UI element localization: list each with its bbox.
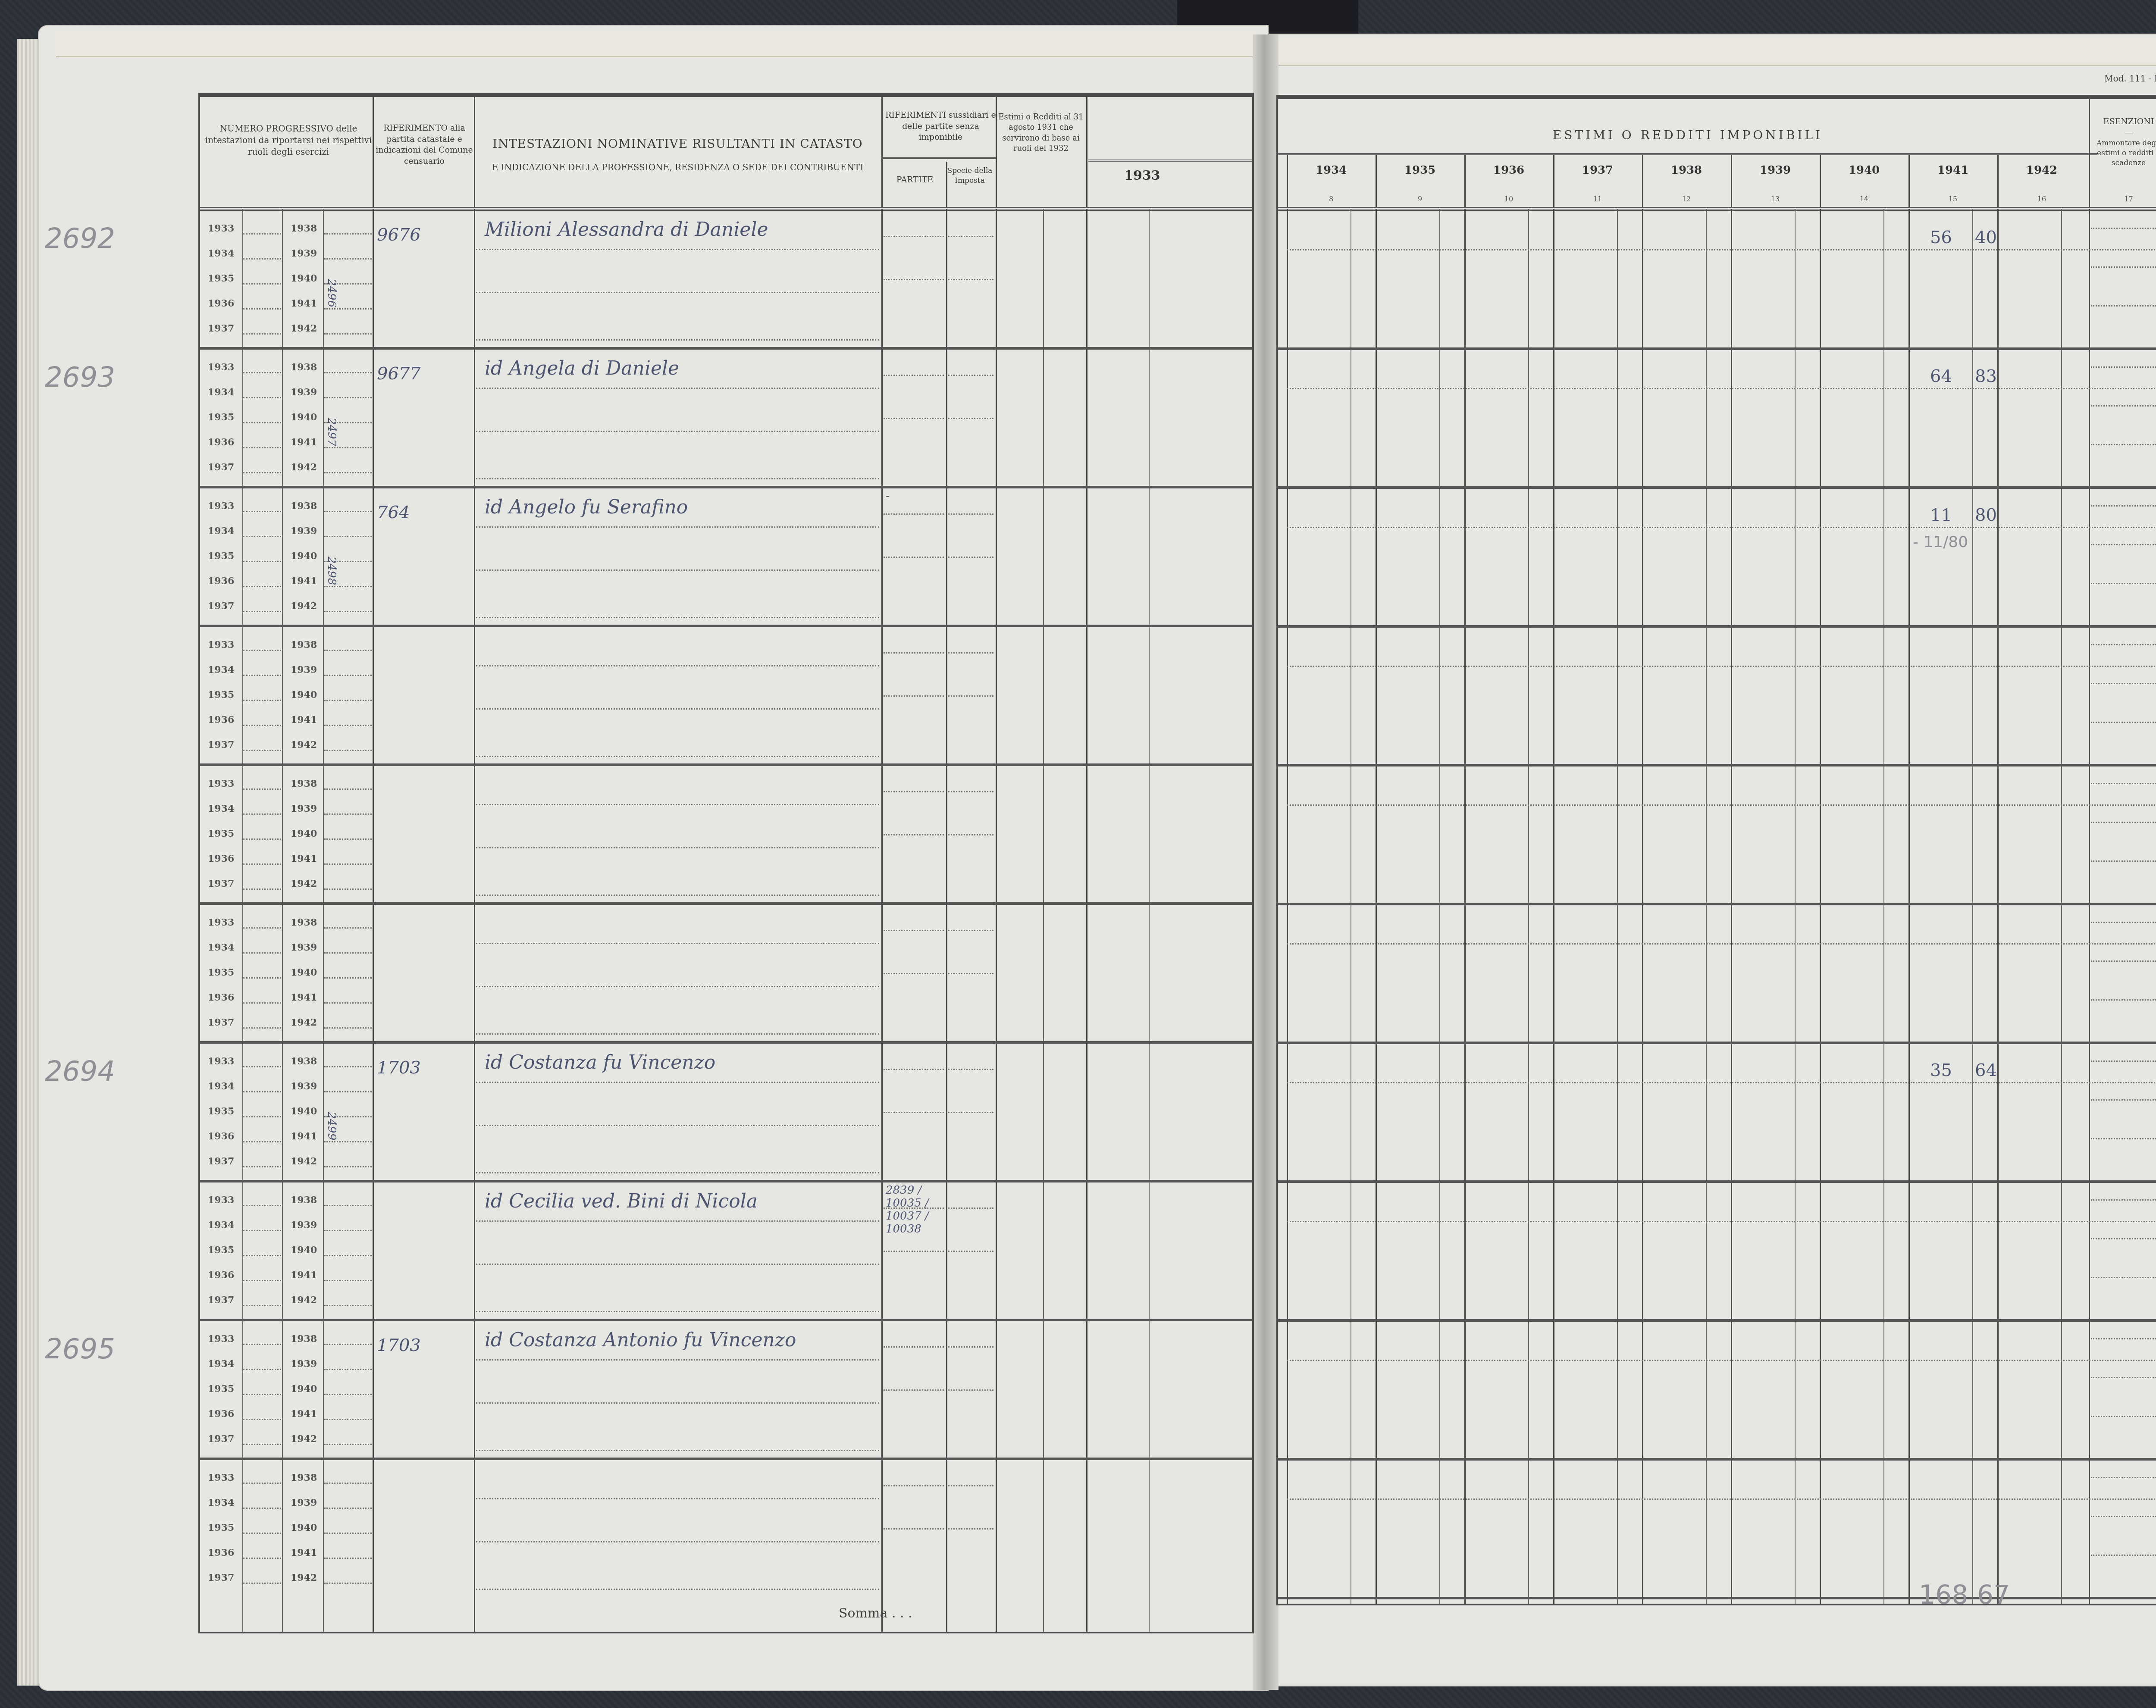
somma-separator [1278, 1597, 2156, 1599]
dotted-rule [948, 973, 993, 974]
dotted-rule [243, 838, 281, 840]
year-label: 1933 [208, 1195, 234, 1206]
year-label: 1940 [291, 551, 317, 562]
dotted-rule [2091, 1516, 2156, 1517]
grid-line [1528, 209, 1529, 1604]
dotted-rule [243, 283, 281, 285]
taxpayer-name: Milioni Alessandra di Daniele [485, 219, 873, 241]
dotted-rule [2091, 228, 2156, 229]
dotted-rule [884, 279, 944, 280]
right-table-header: ESTIMI O REDDITI IMPONIBILI ESENZIONI — … [1278, 99, 2156, 211]
dotted-rule [2091, 960, 2156, 962]
year-label: 1937 [208, 1572, 234, 1583]
year-label: 1937 [208, 739, 234, 751]
header-divider [2089, 99, 2090, 207]
col-number: 14 [1820, 195, 1908, 203]
grid-line [1043, 209, 1044, 1632]
dotted-rule [243, 725, 281, 726]
entry-separator [1278, 486, 2156, 489]
year-label: 1936 [208, 1270, 234, 1281]
year-label: 1941 [291, 298, 317, 309]
grid-line [1820, 209, 1821, 1604]
dotted-rule [2091, 305, 2156, 307]
year-label: 1938 [291, 778, 317, 789]
year-label: 1936 [208, 1131, 234, 1142]
grid-line [1464, 209, 1466, 1604]
year-label: 1938 [291, 1472, 317, 1483]
year-label: 1936 [208, 576, 234, 587]
dotted-rule [2091, 544, 2156, 545]
reference-code: 2499 [325, 1112, 338, 1140]
year-label: 1933 [208, 778, 234, 789]
year-label: 1938 [291, 501, 317, 512]
dotted-rule [243, 1280, 281, 1281]
reference-code: 2496 [325, 279, 338, 307]
year-label: 1934 [208, 664, 234, 676]
year-label: 1941 [291, 714, 317, 726]
dotted-rule [324, 952, 372, 954]
grid-line [1883, 209, 1884, 1604]
year-label: 1940 [291, 273, 317, 284]
year-label: 1935 [208, 689, 234, 701]
header-esenzioni: ESENZIONI — Ammontare degli estimi o red… [2091, 116, 2156, 168]
dotted-rule [2091, 505, 2156, 507]
year-label: 1937 [208, 1156, 234, 1167]
dotted-rule [476, 1311, 879, 1312]
header-intestazioni-title: INTESTAZIONI NOMINATIVE RISULTANTI IN CA… [476, 136, 879, 152]
header-divider [1997, 155, 1999, 207]
dotted-rule [2091, 583, 2156, 584]
dotted-rule [324, 1558, 372, 1559]
dotted-rule [948, 1528, 993, 1530]
taxpayer-name: id Angela di Daniele [485, 357, 873, 379]
partita-number: 1703 [377, 1336, 421, 1355]
dotted-rule [243, 1066, 281, 1067]
dotted-rule [243, 1091, 281, 1092]
entry-separator [1278, 1319, 2156, 1322]
dotted-rule [1287, 1082, 2156, 1083]
dotted-rule [243, 1027, 281, 1029]
header-divider [1376, 155, 1377, 207]
dotted-rule [884, 375, 944, 376]
entry-separator [1278, 625, 2156, 628]
dotted-rule [476, 756, 879, 757]
dotted-rule [948, 375, 993, 376]
dotted-rule [476, 804, 879, 805]
year-label: 1942 [291, 878, 317, 889]
year-column-header: 1940 [1820, 164, 1908, 177]
grid-line [474, 209, 475, 1632]
year-label: 1941 [291, 853, 317, 864]
entry-separator [200, 1041, 1252, 1044]
dotted-rule [2091, 266, 2156, 268]
dotted-rule [324, 1444, 372, 1445]
col-number: 13 [1731, 195, 1820, 203]
entry-separator [1278, 1458, 2156, 1461]
somma-label: Somma . . . [839, 1606, 912, 1621]
col-number: 17 [2091, 195, 2156, 203]
header-divider [373, 97, 374, 207]
dotted-rule [476, 1498, 879, 1499]
dotted-rule [476, 1082, 879, 1083]
dotted-rule [884, 1346, 944, 1348]
dotted-rule [884, 1485, 944, 1486]
year-label: 1941 [291, 1408, 317, 1420]
dotted-rule [884, 557, 944, 558]
dotted-rule [884, 695, 944, 697]
dotted-rule [243, 1558, 281, 1559]
dotted-rule [2091, 366, 2156, 368]
dotted-rule [476, 1402, 879, 1404]
dotted-rule [948, 1207, 993, 1209]
dotted-rule [324, 1533, 372, 1534]
dotted-rule [324, 863, 372, 865]
grid-line [2089, 209, 2090, 1604]
dotted-rule [476, 1359, 879, 1361]
dotted-rule [1287, 388, 2156, 389]
year-label: 1935 [208, 828, 234, 839]
year-label: 1939 [291, 526, 317, 537]
header-subdivider [881, 157, 996, 159]
dotted-rule [1287, 666, 2156, 667]
year-label: 1933 [208, 639, 234, 651]
year-label: 1934 [208, 248, 234, 259]
dotted-rule [884, 834, 944, 835]
year-label: 1939 [291, 942, 317, 953]
year-label: 1939 [291, 1358, 317, 1370]
dotted-rule [324, 1091, 372, 1092]
year-column-header: 1938 [1642, 164, 1731, 177]
subsidiary-partite: 2839 / 10035 / 10037 / 10038 [886, 1184, 946, 1236]
dotted-rule [476, 1033, 879, 1035]
dotted-rule [2091, 1555, 2156, 1556]
dotted-rule [324, 258, 372, 260]
entry-separator [1278, 1042, 2156, 1044]
year-label: 1939 [291, 803, 317, 814]
entry-separator [200, 1458, 1252, 1460]
entry-separator [200, 902, 1252, 905]
year-column-header: 1937 [1553, 164, 1642, 177]
year-label: 1941 [291, 437, 317, 448]
year-label: 1933 [208, 223, 234, 234]
entry-separator [200, 347, 1252, 350]
header-riferimento: RIFERIMENTO alla partita catastale e ind… [375, 123, 474, 167]
dotted-rule [476, 1172, 879, 1173]
dotted-rule [243, 536, 281, 537]
dotted-rule [2091, 405, 2156, 407]
year-label: 1934 [208, 1358, 234, 1370]
dotted-rule [324, 838, 372, 840]
dotted-rule [884, 1251, 944, 1252]
dotted-rule [243, 700, 281, 701]
dotted-rule [243, 927, 281, 929]
partita-number: 9677 [377, 364, 421, 384]
year-label: 1939 [291, 1081, 317, 1092]
dotted-rule [243, 1002, 281, 1004]
header-divider [1086, 97, 1087, 207]
year-label: 1936 [208, 437, 234, 448]
grid-line [1287, 209, 1288, 1604]
year-label: 1939 [291, 387, 317, 398]
partita-number: 764 [377, 503, 410, 522]
dotted-rule [324, 927, 372, 929]
entry-separator [200, 1180, 1252, 1182]
year-label: 1938 [291, 223, 317, 234]
dotted-rule [476, 708, 879, 710]
esenzioni-dash: — [2091, 128, 2156, 139]
dotted-rule [476, 617, 879, 618]
grid-line [1086, 209, 1087, 1632]
dotted-rule [1287, 1498, 2156, 1500]
dotted-rule [243, 233, 281, 235]
header-divider [996, 97, 997, 207]
grid-line [881, 209, 883, 1632]
dotted-rule [948, 418, 993, 419]
cents-1941: 80 [1975, 505, 1997, 525]
year-label: 1934 [208, 387, 234, 398]
dotted-rule [324, 1305, 372, 1306]
grid-line [323, 209, 324, 1632]
year-label: 1942 [291, 601, 317, 612]
year-label: 1935 [208, 1383, 234, 1395]
col-number: 8 [1287, 195, 1376, 203]
dotted-rule [243, 561, 281, 562]
reference-code: 2498 [325, 557, 338, 585]
dotted-rule [2091, 722, 2156, 723]
year-label: 1940 [291, 967, 317, 978]
year-label: 1942 [291, 462, 317, 473]
year-label: 1938 [291, 1056, 317, 1067]
dotted-rule [2091, 1416, 2156, 1417]
dotted-rule [324, 675, 372, 676]
dotted-rule [1287, 804, 2156, 806]
entry-separator [200, 1319, 1252, 1321]
year-label: 1941 [291, 992, 317, 1003]
year-label: 1936 [208, 1547, 234, 1558]
year-label: 1938 [291, 639, 317, 651]
reference-code: 2497 [325, 418, 338, 446]
header-divider [946, 162, 947, 207]
dotted-rule [243, 586, 281, 587]
right-page-top-edge [1276, 39, 2156, 66]
year-label: 1937 [208, 462, 234, 473]
year-label: 1942 [291, 1572, 317, 1583]
dotted-rule [243, 372, 281, 373]
header-divider [1908, 155, 1910, 207]
year-label: 1933 [208, 501, 234, 512]
header-estimi-1931: Estimi o Redditi al 31 agosto 1931 che s… [998, 112, 1084, 154]
dotted-rule [324, 1280, 372, 1281]
dotted-rule [476, 1220, 879, 1222]
dotted-rule [476, 526, 879, 528]
dotted-rule [476, 1450, 879, 1451]
dotted-rule [1287, 1221, 2156, 1222]
dotted-rule [476, 431, 879, 432]
header-intestazioni-sub: E INDICAZIONE DELLA PROFESSIONE, RESIDEN… [476, 162, 879, 173]
dotted-rule [948, 279, 993, 280]
dotted-rule [476, 292, 879, 293]
grid-line [1972, 209, 1973, 1604]
year-column-header: 1936 [1464, 164, 1553, 177]
dotted-rule [324, 1508, 372, 1509]
year-label: 1941 [291, 1131, 317, 1142]
col-number: 15 [1908, 195, 1997, 203]
year-label: 1942 [291, 1433, 317, 1445]
year-label: 1935 [208, 1522, 234, 1533]
dotted-rule [243, 472, 281, 473]
year-label: 1933 [208, 917, 234, 928]
year-label: 1940 [291, 828, 317, 839]
dotted-rule [324, 333, 372, 335]
dotted-rule [1287, 249, 2156, 250]
grid-line [2061, 209, 2062, 1604]
year-label: 1937 [208, 1017, 234, 1028]
dotted-rule [243, 863, 281, 865]
somma-total: 168 [1919, 1580, 1968, 1610]
dotted-rule [324, 1419, 372, 1420]
dotted-rule [324, 650, 372, 651]
amount-1941: 11 [1930, 505, 1952, 525]
dotted-rule [476, 1125, 879, 1126]
taxpayer-name: id Angelo fu Serafino [485, 496, 873, 518]
dotted-rule [324, 1066, 372, 1067]
taxpayer-name: id Costanza fu Vincenzo [485, 1051, 873, 1073]
esenzioni-title: ESENZIONI [2091, 116, 2156, 128]
cents-1941: 83 [1975, 366, 1997, 386]
year-label: 1940 [291, 689, 317, 701]
dotted-rule [2091, 1060, 2156, 1062]
grid-line [282, 209, 283, 1632]
dotted-rule [243, 1394, 281, 1395]
year-label: 1938 [291, 917, 317, 928]
col-number: 11 [1553, 195, 1642, 203]
dotted-rule [884, 236, 944, 237]
year-label: 1937 [208, 878, 234, 889]
dotted-rule [2091, 1099, 2156, 1101]
dotted-rule [1287, 1360, 2156, 1361]
dotted-rule [948, 557, 993, 558]
somma-cents: 67 [1977, 1580, 2010, 1610]
dotted-rule [948, 652, 993, 654]
grid-line [1795, 209, 1796, 1604]
grid-line [1149, 209, 1150, 1632]
dotted-rule [324, 586, 372, 587]
dotted-rule [2091, 444, 2156, 445]
col-number: 9 [1376, 195, 1464, 203]
taxpayer-name: id Cecilia ved. Bini di Nicola [485, 1190, 873, 1212]
dotted-rule [324, 977, 372, 979]
dotted-rule [1287, 527, 2156, 528]
pencil-correction: - 11/80 [1913, 533, 1968, 551]
year-label: 1935 [208, 1106, 234, 1117]
entry-separator [200, 486, 1252, 488]
year-label: 1937 [208, 323, 234, 334]
dotted-rule [243, 1508, 281, 1509]
year-label: 1941 [291, 576, 317, 587]
dotted-rule [243, 333, 281, 335]
margin-number: 2692 [45, 223, 115, 255]
header-divider [1553, 155, 1554, 207]
amount-1941: 35 [1930, 1060, 1952, 1080]
year-label: 1936 [208, 1408, 234, 1420]
year-label: 1939 [291, 248, 317, 259]
dotted-rule [948, 236, 993, 237]
dotted-rule [884, 1112, 944, 1113]
dotted-rule [243, 511, 281, 512]
dotted-rule [324, 536, 372, 537]
dotted-rule [2091, 1199, 2156, 1201]
year-label: 1933 [208, 1333, 234, 1345]
left-register-table: NUMERO PROGRESSIVO delle intestazioni da… [198, 93, 1254, 1633]
year-label: 1934 [208, 1220, 234, 1231]
dotted-rule [243, 1255, 281, 1256]
dotted-rule [2091, 822, 2156, 823]
dotted-rule [243, 1369, 281, 1370]
year-label: 1939 [291, 1497, 317, 1508]
dotted-rule [2091, 999, 2156, 1001]
year-label: 1940 [291, 412, 317, 423]
dotted-rule [243, 1483, 281, 1484]
year-label: 1936 [208, 853, 234, 864]
dotted-rule [324, 372, 372, 373]
margin-number: 2695 [45, 1333, 115, 1365]
year-label: 1933 [208, 362, 234, 373]
year-label: 1942 [291, 323, 317, 334]
col-number: 16 [1997, 195, 2086, 203]
grid-line [1376, 209, 1377, 1604]
year-label: 1935 [208, 967, 234, 978]
dotted-rule [476, 1541, 879, 1542]
year-column-header: 1934 [1287, 164, 1376, 177]
dotted-rule [476, 1589, 879, 1590]
dotted-rule [243, 1305, 281, 1306]
grid-line [1908, 209, 1910, 1604]
dotted-rule [476, 249, 879, 250]
dotted-rule [884, 1069, 944, 1070]
year-label: 1940 [291, 1383, 317, 1395]
dotted-rule [243, 750, 281, 751]
header-partite: PARTITE [884, 175, 946, 186]
dotted-rule [243, 308, 281, 310]
dotted-rule [243, 422, 281, 423]
header-year-1933: 1933 [1088, 168, 1196, 183]
dotted-rule [243, 977, 281, 979]
header-divider [474, 97, 475, 207]
dotted-rule [476, 388, 879, 389]
grid-line [996, 209, 997, 1632]
dotted-rule [948, 1485, 993, 1486]
year-label: 1938 [291, 362, 317, 373]
dotted-rule [476, 665, 879, 666]
entry-separator [200, 763, 1252, 766]
year-label: 1934 [208, 1497, 234, 1508]
dotted-rule [884, 1389, 944, 1391]
dotted-rule [2091, 644, 2156, 645]
header-estimi-imponibili: ESTIMI O REDDITI IMPONIBILI [1278, 127, 2097, 144]
year-label: 1934 [208, 942, 234, 953]
dotted-rule [884, 1528, 944, 1530]
dotted-rule [2091, 922, 2156, 923]
dotted-rule [243, 888, 281, 890]
header-divider [1731, 155, 1732, 207]
dotted-rule [324, 1255, 372, 1256]
dotted-rule [324, 611, 372, 612]
dotted-rule [2091, 783, 2156, 784]
entry-separator [1278, 903, 2156, 905]
dotted-rule [243, 1205, 281, 1206]
form-label: Mod. 111 - Imposte Dirette (Intercalare)… [2104, 73, 2156, 84]
dotted-rule [324, 700, 372, 701]
